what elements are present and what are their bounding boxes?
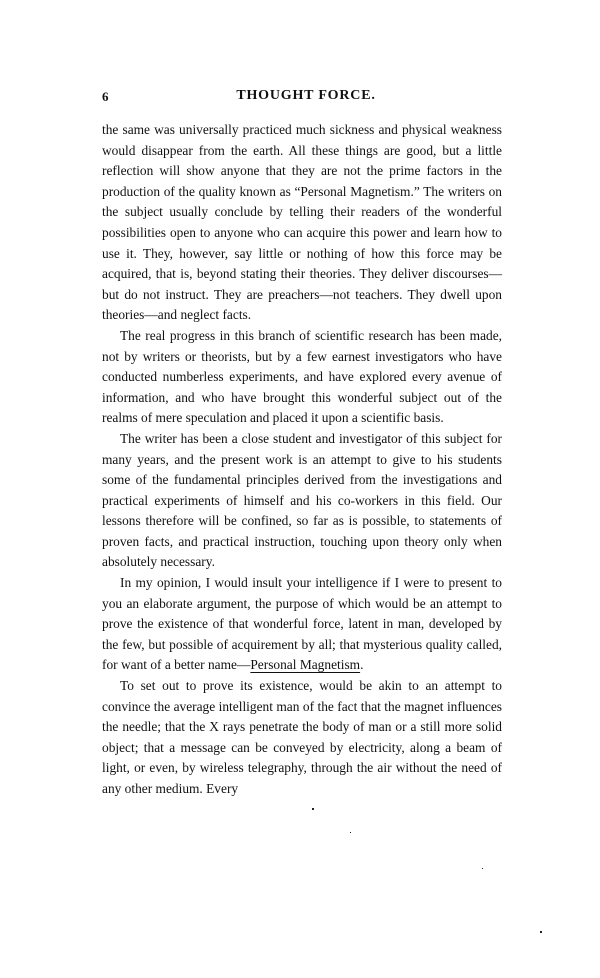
scan-speck [482, 868, 483, 869]
paragraph-opinion-end: . [360, 657, 363, 672]
scan-speck [350, 832, 351, 833]
scan-speck [312, 808, 314, 810]
paragraph-writer: The writer has been a close student and … [102, 429, 502, 573]
scan-speck [540, 931, 542, 933]
paragraph-prove-existence: To set out to prove its existence, would… [102, 676, 502, 800]
book-page: 6 THOUGHT FORCE. the same was universall… [102, 88, 502, 800]
paragraph-opinion: In my opinion, I would insult your intel… [102, 573, 502, 676]
running-head: 6 THOUGHT FORCE. [102, 88, 502, 112]
paragraph-continued: the same was universally practiced much … [102, 120, 502, 326]
running-title: THOUGHT FORCE. [102, 88, 502, 104]
paragraph-real-progress: The real progress in this branch of scie… [102, 326, 502, 429]
personal-magnetism-underlined: Personal Magnetism [250, 657, 360, 672]
body-text: the same was universally practiced much … [102, 120, 502, 800]
